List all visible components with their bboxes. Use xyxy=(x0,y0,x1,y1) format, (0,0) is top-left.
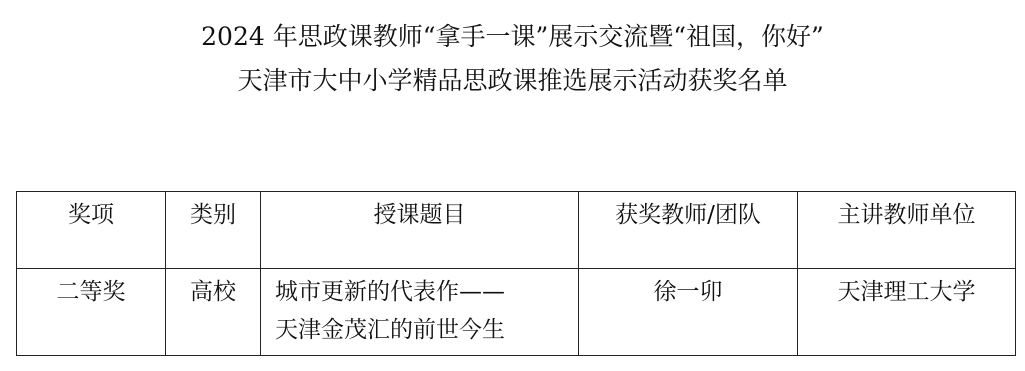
cell-topic: 城市更新的代表作—— 天津金茂汇的前世今生 xyxy=(261,269,579,356)
cell-unit: 天津理工大学 xyxy=(798,269,1016,356)
header-topic: 授课题目 xyxy=(261,192,579,269)
document-title-line-1: 2024 年思政课教师“拿手一课”展示交流暨“祖国，你好” xyxy=(0,22,1025,52)
awards-table: 奖项 类别 授课题目 获奖教师/团队 主讲教师单位 二等奖 高校 城市更新的代表… xyxy=(16,191,1016,356)
topic-line-1: 城市更新的代表作—— xyxy=(275,273,578,311)
header-category: 类别 xyxy=(166,192,261,269)
cell-award: 二等奖 xyxy=(17,269,166,356)
header-teacher: 获奖教师/团队 xyxy=(579,192,798,269)
document-title-line-2: 天津市大中小学精品思政课推选展示活动获奖名单 xyxy=(0,66,1025,96)
topic-line-2: 天津金茂汇的前世今生 xyxy=(275,311,578,349)
table-row: 二等奖 高校 城市更新的代表作—— 天津金茂汇的前世今生 徐一卯 天津理工大学 xyxy=(17,269,1016,356)
cell-category: 高校 xyxy=(166,269,261,356)
header-award: 奖项 xyxy=(17,192,166,269)
cell-teacher: 徐一卯 xyxy=(579,269,798,356)
table-header-row: 奖项 类别 授课题目 获奖教师/团队 主讲教师单位 xyxy=(17,192,1016,269)
header-unit: 主讲教师单位 xyxy=(798,192,1016,269)
